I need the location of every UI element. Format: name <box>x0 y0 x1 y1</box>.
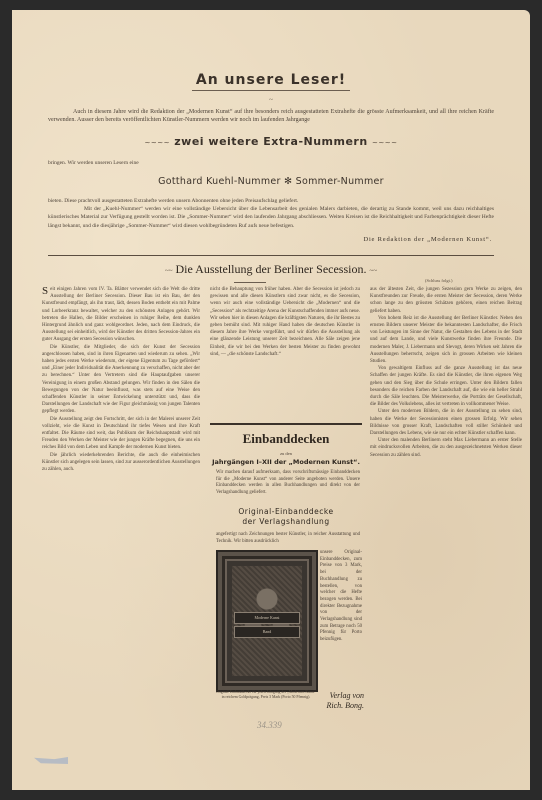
paragraph: Von gewaltigem Einfluss auf die ganze Au… <box>370 365 522 408</box>
paragraph: nicht die Behauptung von früher haben. A… <box>210 286 360 358</box>
title-underline <box>234 282 266 283</box>
paper-damage-mark <box>34 757 68 764</box>
editorial-signature: Die Redaktion der „Modernen Kunst“. <box>312 236 492 243</box>
paragraph: Unter den modernen Bildern, die in der A… <box>370 408 522 437</box>
extra-numbers-heading-text: zwei weitere Extra-Nummern <box>174 135 367 148</box>
continuation-note: (Schluss folgt.) <box>425 278 453 283</box>
ad-subtitle: Jahrgängen I–XII der „Modernen Kunst“. <box>210 458 362 466</box>
article-column-2: nicht die Behauptung von früher haben. A… <box>210 286 360 422</box>
publisher-line-2: Rich. Bong. <box>320 701 364 711</box>
bringen-line: bringen. Wir werden unseren Lesern eine <box>48 160 139 166</box>
ad-small-text: zu den <box>210 451 362 456</box>
paragraph: Unter den malenden Berlinern steht Max L… <box>370 437 522 459</box>
cover-caption: Original-Einbanddecke für jeden Jahrgang… <box>214 690 318 700</box>
article-title-text: Die Ausstellung der Berliner Secession. <box>176 262 367 276</box>
ad-title: Einbanddecken <box>210 431 362 447</box>
section-divider <box>48 255 494 256</box>
ad-top-rule <box>210 423 362 425</box>
ad-heading-2-line2: der Verlagshandlung <box>210 517 362 527</box>
paragraph: Die jährlich wiederkehrenden Berichte, d… <box>42 452 200 474</box>
paragraph: Die Ausstellung zeigt den Fortschritt, d… <box>42 416 200 452</box>
paragraph: Die Künstler, die Mitglieder, die sich d… <box>42 344 200 416</box>
drop-cap: S <box>42 286 48 296</box>
article-column-3: aus der ältesten Zeit, die jungen Sezess… <box>370 286 522 720</box>
intro-paragraph: Auch in diesem Jahre wird die Redaktion … <box>48 108 494 124</box>
ad-text-2: angefertigt nach Zeichnungen bester Küns… <box>216 532 360 545</box>
article-title: ~~ Die Ausstellung der Berliner Secessio… <box>12 262 530 277</box>
special-numbers-heading: Gotthard Kuehl-Nummer ✻ Sommer-Nummer <box>12 176 530 187</box>
paragraph: aus der ältesten Zeit, die jungen Sezess… <box>370 286 522 315</box>
ad-heading-2-line1: Original-Einbanddecke <box>210 507 362 517</box>
cover-label: Moderne Kunst <box>234 612 300 624</box>
binding-cover-image: Moderne Kunst Band <box>216 550 318 692</box>
announcement-paragraph: bieten. Diese prachtvoll ausgestatteten … <box>48 197 494 230</box>
announcement-first-line: bieten. Diese prachtvoll ausgestatteten … <box>48 197 494 205</box>
heading-flourish-rule <box>192 90 350 92</box>
ad-side-text: unsere Original-Einbanddecken, zum Preis… <box>320 550 362 644</box>
ad-text: Wir machen darauf aufmerksam, dass vorsc… <box>216 470 360 497</box>
ornament-left-icon: ~~~~ <box>144 139 169 147</box>
flourish-ornament-icon: ~ <box>260 96 282 104</box>
ornament-right-icon: ~~~~ <box>372 139 397 147</box>
readers-heading: An unsere Leser! <box>12 72 530 88</box>
title-ornament-right-icon: ~~ <box>369 267 377 275</box>
article-column-1: Seit einigen Jahren vom IV. Ta. Blätter … <box>42 286 200 730</box>
publisher-line-1: Verlag von <box>320 691 364 701</box>
announcement-body: Mit der „Kuehl-Nummer“ werden wir eine v… <box>48 206 494 228</box>
cover-label-2: Band <box>234 626 300 638</box>
title-ornament-left-icon: ~~ <box>165 267 173 275</box>
extra-numbers-heading: ~~~~ zwei weitere Extra-Nummern ~~~~ <box>12 135 530 148</box>
paragraph: Von hohem Reiz ist die Ausstellung der B… <box>370 315 522 365</box>
paragraph: eit einigen Jahren vom IV. Ta. Blätter v… <box>42 287 200 342</box>
pencil-annotation: 34.339 <box>257 720 282 730</box>
document-page: An unsere Leser! ~ Auch in diesem Jahre … <box>12 10 530 790</box>
ad-heading-2: Original-Einbanddecke der Verlagshandlun… <box>210 507 362 527</box>
publisher-credit: Verlag von Rich. Bong. <box>320 691 364 711</box>
